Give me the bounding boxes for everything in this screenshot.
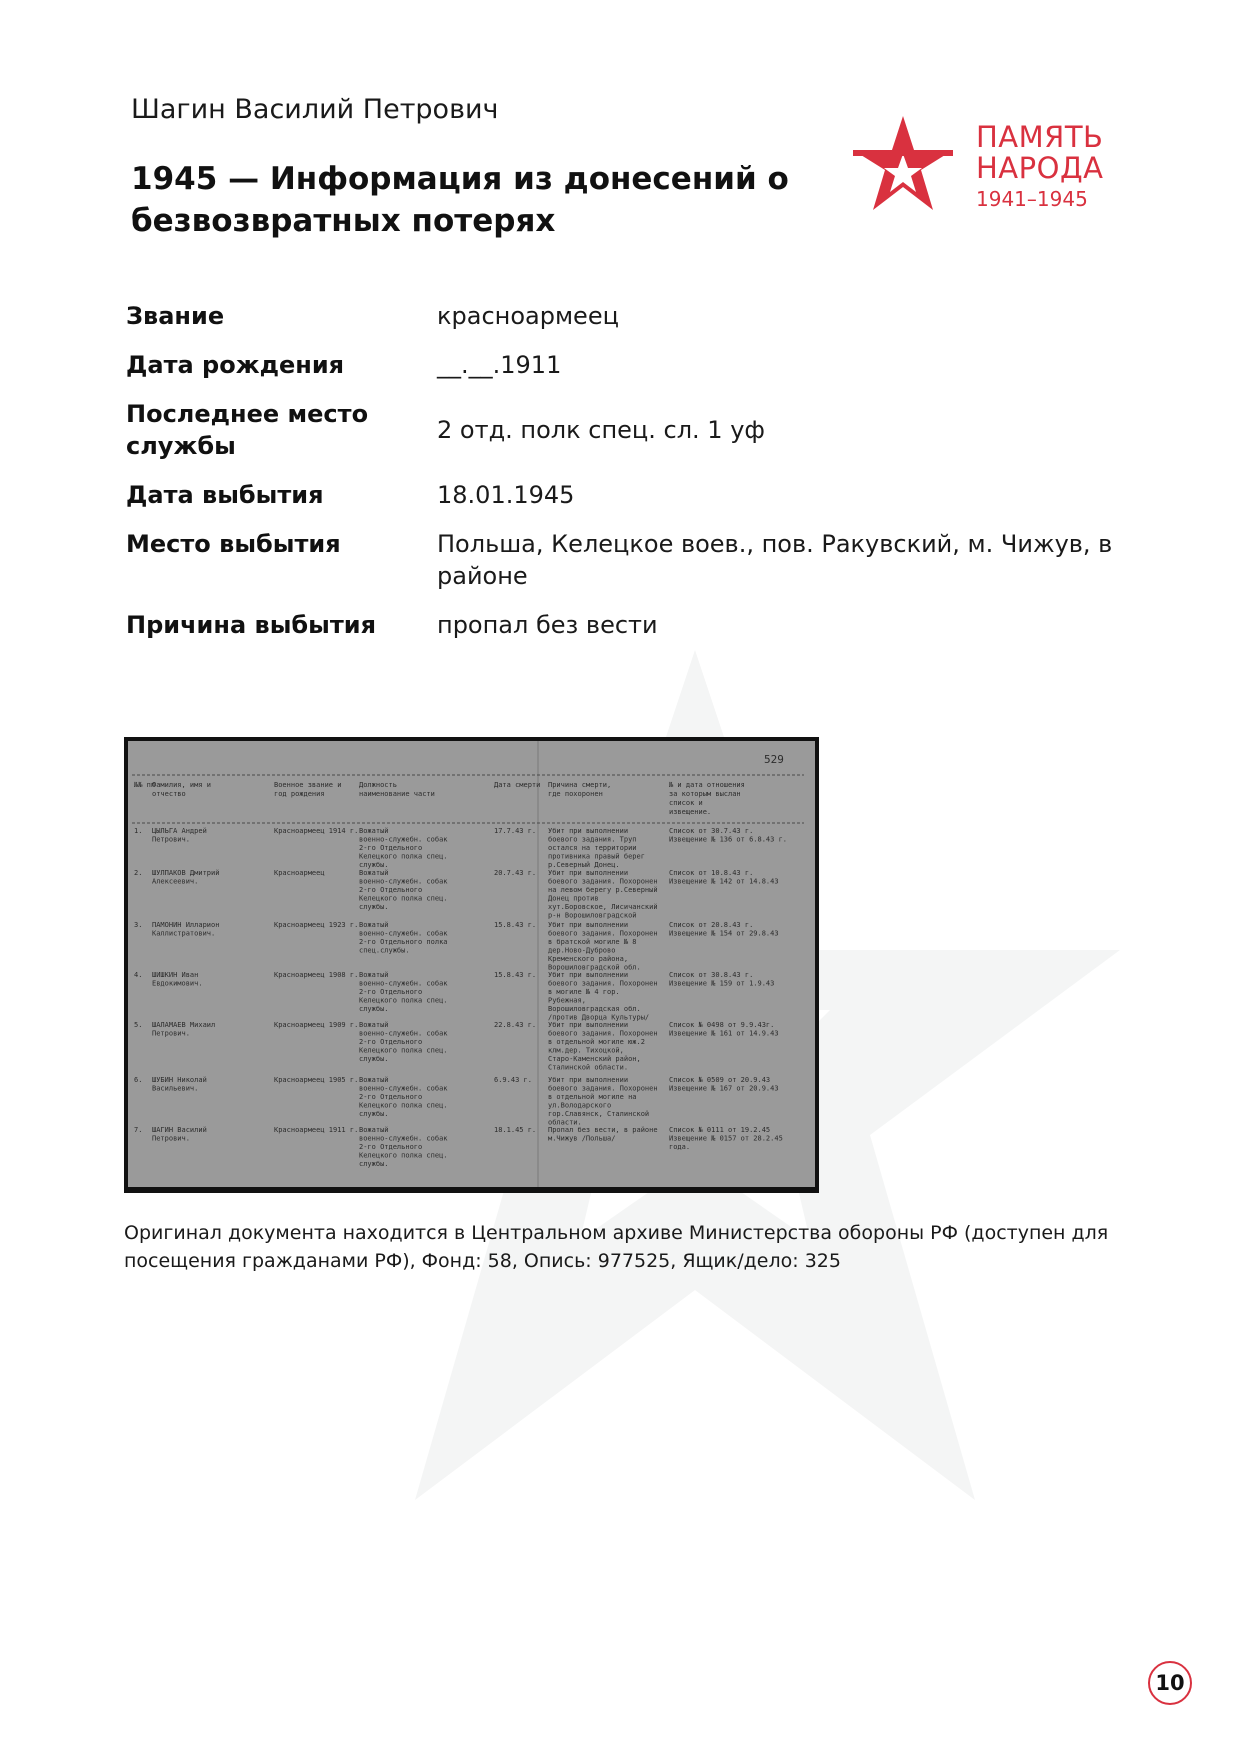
field-loss-place: Место выбытия Польша, Келецкое воев., по… (126, 528, 1116, 592)
svg-text:Список № 0498 от 9.9.43г.: Список № 0498 от 9.9.43г. (669, 1021, 774, 1029)
svg-text:Петрович.: Петрович. (152, 836, 190, 844)
svg-text:Фамилия, имя и: Фамилия, имя и (152, 781, 211, 789)
svg-text:службы.: службы. (359, 903, 389, 911)
svg-text:2-го Отдельного полка: 2-го Отдельного полка (359, 938, 448, 946)
svg-text:Вожатый: Вожатый (359, 1021, 389, 1029)
field-value: красноармеец (437, 300, 1116, 332)
svg-text:15.8.43 г.: 15.8.43 г. (494, 971, 536, 979)
svg-text:2.: 2. (134, 869, 142, 877)
field-label: Звание (126, 300, 437, 332)
svg-text:Список от 10.8.43 г.: Список от 10.8.43 г. (669, 869, 753, 877)
svg-text:Убит при выполнении: Убит при выполнении (548, 869, 628, 877)
svg-text:военно-служебн. собак: военно-служебн. собак (359, 930, 448, 938)
field-loss-date: Дата выбытия 18.01.1945 (126, 479, 1116, 511)
svg-text:Убит при выполнении: Убит при выполнении (548, 1021, 628, 1029)
svg-text:2-го Отдельного: 2-го Отдельного (359, 886, 422, 894)
svg-text:в отдельной могиле юж.2: в отдельной могиле юж.2 (548, 1038, 645, 1046)
svg-text:Убит при выполнении: Убит при выполнении (548, 1076, 628, 1084)
field-label: Дата выбытия (126, 479, 437, 511)
svg-text:Список от 30.8.43 г.: Список от 30.8.43 г. (669, 971, 753, 979)
svg-text:Келецкого полка спец.: Келецкого полка спец. (359, 895, 448, 903)
svg-text:р.Северный Донец.: р.Северный Донец. (548, 861, 620, 869)
svg-text:Келецкого полка спец.: Келецкого полка спец. (359, 853, 448, 861)
svg-text:1.: 1. (134, 827, 142, 835)
archive-document-scan[interactable]: 529№№ ппФамилия, имя иотчествоВоенное зв… (124, 737, 819, 1193)
svg-text:год рождения: год рождения (274, 790, 325, 798)
svg-text:Красноармеец 1908 г.: Красноармеец 1908 г. (274, 971, 358, 979)
svg-text:22.8.43 г.: 22.8.43 г. (494, 1021, 536, 1029)
field-label: Место выбытия (126, 528, 437, 560)
pamyat-naroda-logo: ПАМЯТЬ НАРОДА 1941–1945 (850, 112, 1130, 222)
svg-text:в отдельной могиле на: в отдельной могиле на (548, 1093, 637, 1101)
svg-text:ШИШКИН Иван: ШИШКИН Иван (152, 971, 198, 979)
svg-text:Список № 0509 от 20.9.43: Список № 0509 от 20.9.43 (669, 1076, 770, 1084)
svg-text:Петрович.: Петрович. (152, 1030, 190, 1038)
svg-text:Извещение № 142 от 14.8.43: Извещение № 142 от 14.8.43 (669, 878, 779, 886)
svg-text:военно-служебн. собак: военно-служебн. собак (359, 836, 448, 844)
svg-text:службы.: службы. (359, 1110, 389, 1118)
svg-text:Старо-Каменский район,: Старо-Каменский район, (548, 1055, 641, 1063)
svg-text:Извещение № 0157 от 28.2.45: Извещение № 0157 от 28.2.45 (669, 1135, 783, 1143)
svg-text:Извещение № 136 от 6.8.43 г.: Извещение № 136 от 6.8.43 г. (669, 836, 787, 844)
svg-text:службы.: службы. (359, 1005, 389, 1013)
svg-text:ПАМОНИН Илларион: ПАМОНИН Илларион (152, 921, 219, 929)
info-fields: Звание красноармеец Дата рождения __.__.… (126, 300, 1116, 658)
svg-text:Вожатый: Вожатый (359, 971, 389, 979)
field-birth-date: Дата рождения __.__.1911 (126, 349, 1116, 381)
svg-text:№ и дата отношения: № и дата отношения (668, 781, 745, 789)
field-label: Причина выбытия (126, 609, 437, 641)
svg-text:Вожатый: Вожатый (359, 1126, 389, 1134)
svg-text:военно-служебн. собак: военно-служебн. собак (359, 878, 448, 886)
svg-text:5.: 5. (134, 1021, 142, 1029)
svg-text:года.: года. (669, 1143, 690, 1151)
svg-text:Евдокимович.: Евдокимович. (152, 980, 203, 988)
svg-text:Каллистратович.: Каллистратович. (152, 930, 215, 938)
svg-text:отчество: отчество (152, 790, 186, 798)
svg-text:Причина смерти,: Причина смерти, (548, 781, 611, 789)
svg-text:м.Чижув /Польша/: м.Чижув /Польша/ (548, 1135, 615, 1143)
svg-text:6.9.43 г.: 6.9.43 г. (494, 1076, 532, 1084)
logo-years: 1941–1945 (976, 186, 1103, 212)
svg-text:список и: список и (669, 799, 703, 807)
svg-text:Извещение № 161 от 14.9.43: Извещение № 161 от 14.9.43 (669, 1030, 779, 1038)
svg-text:Красноармеец 1909 г.: Красноармеец 1909 г. (274, 1021, 358, 1029)
svg-text:военно-служебн. собак: военно-служебн. собак (359, 1085, 448, 1093)
svg-text:7.: 7. (134, 1126, 142, 1134)
page-number: 10 (1148, 1661, 1192, 1705)
svg-text:Вожатый: Вожатый (359, 921, 389, 929)
field-value: Польша, Келецкое воев., пов. Ракувский, … (437, 528, 1116, 592)
logo-line2: НАРОДА (976, 153, 1103, 184)
svg-text:боевого задания. Похоронен: боевого задания. Похоронен (548, 1085, 658, 1093)
svg-text:в братской могиле № 8: в братской могиле № 8 (548, 938, 637, 946)
svg-text:извещение.: извещение. (669, 808, 711, 816)
svg-text:2-го Отдельного: 2-го Отдельного (359, 1038, 422, 1046)
svg-text:529: 529 (764, 753, 784, 766)
field-label: Дата рождения (126, 349, 437, 381)
svg-text:службы.: службы. (359, 1055, 389, 1063)
svg-text:Красноармеец 1923 г.: Красноармеец 1923 г. (274, 921, 358, 929)
svg-text:боевого задания. Похоронен: боевого задания. Похоронен (548, 1030, 658, 1038)
svg-text:р-н Ворошиловградской: р-н Ворошиловградской (548, 912, 637, 920)
field-value: 18.01.1945 (437, 479, 1116, 511)
svg-text:Алексеевич.: Алексеевич. (152, 878, 198, 886)
svg-text:ул.Володарского: ул.Володарского (548, 1102, 611, 1110)
svg-text:Ворошиловградская обл.: Ворошиловградская обл. (548, 1005, 641, 1013)
svg-text:дер.Ново-Дуброво: дер.Ново-Дуброво (548, 947, 615, 955)
svg-text:боевого задания. Похоронен: боевого задания. Похоронен (548, 980, 658, 988)
svg-text:Дата смерти: Дата смерти (494, 781, 540, 789)
svg-text:ШУБИН Николай: ШУБИН Николай (152, 1076, 207, 1084)
svg-text:остался на территории: остался на территории (548, 844, 637, 852)
svg-text:Извещение № 167 от 20.9.43: Извещение № 167 от 20.9.43 (669, 1085, 779, 1093)
svg-text:службы.: службы. (359, 861, 389, 869)
svg-text:Васильевич.: Васильевич. (152, 1085, 198, 1093)
svg-text:2-го Отдельного: 2-го Отдельного (359, 1143, 422, 1151)
svg-text:Сталинской области.: Сталинской области. (548, 1064, 628, 1072)
svg-text:6.: 6. (134, 1076, 142, 1084)
svg-text:Пропал без вести, в районе: Пропал без вести, в районе (548, 1126, 658, 1134)
svg-text:Вожатый: Вожатый (359, 869, 389, 877)
svg-text:Кременского района,: Кременского района, (548, 955, 628, 963)
svg-text:17.7.43 г.: 17.7.43 г. (494, 827, 536, 835)
svg-text:Красноармеец 1914 г.: Красноармеец 1914 г. (274, 827, 358, 835)
svg-text:4.: 4. (134, 971, 142, 979)
field-label: Последнее место службы (126, 398, 437, 462)
field-value: 2 отд. полк спец. сл. 1 уф (437, 414, 1116, 446)
svg-text:Должность: Должность (359, 781, 397, 789)
svg-text:на левом берегу р.Северный: на левом берегу р.Северный (548, 886, 658, 894)
person-name: Шагин Василий Петрович (131, 94, 499, 125)
svg-text:Келецкого полка спец.: Келецкого полка спец. (359, 1152, 448, 1160)
field-last-service: Последнее место службы 2 отд. полк спец.… (126, 398, 1116, 462)
archive-caption: Оригинал документа находится в Центральн… (124, 1219, 1114, 1275)
svg-text:гор.Славянск, Сталинской: гор.Славянск, Сталинской (548, 1110, 649, 1118)
svg-text:клм.дер. Тихоцкой,: клм.дер. Тихоцкой, (548, 1047, 624, 1055)
svg-text:ШАЛАМАЕВ Михаил: ШАЛАМАЕВ Михаил (152, 1021, 215, 1029)
svg-text:Келецкого полка спец.: Келецкого полка спец. (359, 1102, 448, 1110)
svg-text:3.: 3. (134, 921, 142, 929)
svg-text:Список от 20.8.43 г.: Список от 20.8.43 г. (669, 921, 753, 929)
svg-text:боевого задания. Похоронен: боевого задания. Похоронен (548, 878, 658, 886)
svg-text:Красноармеец 1911 г.: Красноармеец 1911 г. (274, 1126, 358, 1134)
svg-text:хут.Боровское, Лисичанский: хут.Боровское, Лисичанский (548, 903, 658, 911)
svg-text:Красноармеец 1905 г.: Красноармеец 1905 г. (274, 1076, 358, 1084)
svg-text:спец.службы.: спец.службы. (359, 947, 410, 955)
svg-text:наименование части: наименование части (359, 790, 435, 798)
svg-text:Убит при выполнении: Убит при выполнении (548, 971, 628, 979)
red-star-icon (850, 112, 956, 218)
svg-text:военно-служебн. собак: военно-служебн. собак (359, 1135, 448, 1143)
svg-text:в могиле № 4 гор.: в могиле № 4 гор. (548, 988, 620, 996)
field-value: __.__.1911 (437, 349, 1116, 381)
svg-text:Убит при выполнении: Убит при выполнении (548, 921, 628, 929)
svg-text:15.8.43 г.: 15.8.43 г. (494, 921, 536, 929)
svg-text:Красноармеец: Красноармеец (274, 869, 325, 877)
svg-text:Рубежная,: Рубежная, (548, 997, 586, 1005)
field-value: пропал без вести (437, 609, 1116, 641)
svg-text:Извещение № 159 от 1.9.43: Извещение № 159 от 1.9.43 (669, 980, 774, 988)
svg-text:Вожатый: Вожатый (359, 1076, 389, 1084)
svg-text:ШУЛПАКОВ Дмитрий: ШУЛПАКОВ Дмитрий (152, 869, 219, 877)
svg-text:службы.: службы. (359, 1160, 389, 1168)
field-loss-reason: Причина выбытия пропал без вести (126, 609, 1116, 641)
document-title: 1945 — Информация из донесений о безвозв… (131, 158, 831, 242)
svg-text:противника правый берег: противника правый берег (548, 853, 645, 861)
svg-text:Убит при выполнении: Убит при выполнении (548, 827, 628, 835)
svg-text:военно-служебн. собак: военно-служебн. собак (359, 1030, 448, 1038)
svg-text:ШАГИН Василий: ШАГИН Василий (152, 1126, 207, 1134)
svg-text:боевого задания. Труп: боевого задания. Труп (548, 836, 637, 844)
field-rank: Звание красноармеец (126, 300, 1116, 332)
svg-text:Список № 0111 от 19.2.45: Список № 0111 от 19.2.45 (669, 1126, 770, 1134)
svg-text:ЦЫЛЬГА Андрей: ЦЫЛЬГА Андрей (152, 827, 207, 835)
svg-text:2-го Отдельного: 2-го Отдельного (359, 1093, 422, 1101)
svg-text:боевого задания. Похоронен: боевого задания. Похоронен (548, 930, 658, 938)
svg-text:Келецкого полка спец.: Келецкого полка спец. (359, 997, 448, 1005)
svg-text:Список от 30.7.43 г.: Список от 30.7.43 г. (669, 827, 753, 835)
logo-line1: ПАМЯТЬ (976, 122, 1103, 153)
svg-text:за которым выслан: за которым выслан (669, 790, 741, 798)
svg-text:2-го Отдельного: 2-го Отдельного (359, 844, 422, 852)
svg-text:Донец против: Донец против (548, 895, 599, 903)
svg-text:военно-служебн. собак: военно-служебн. собак (359, 980, 448, 988)
scan-image: 529№№ ппФамилия, имя иотчествоВоенное зв… (124, 737, 819, 1193)
svg-text:где похоронен: где похоронен (548, 790, 603, 798)
svg-text:18.1.45 г.: 18.1.45 г. (494, 1126, 536, 1134)
svg-text:Петрович.: Петрович. (152, 1135, 190, 1143)
svg-text:Извещение № 154 от 29.8.43: Извещение № 154 от 29.8.43 (669, 930, 779, 938)
svg-text:Военное звание и: Военное звание и (274, 781, 341, 789)
svg-text:20.7.43 г.: 20.7.43 г. (494, 869, 536, 877)
svg-text:2-го Отдельного: 2-го Отдельного (359, 988, 422, 996)
svg-text:Келецкого полка спец.: Келецкого полка спец. (359, 1047, 448, 1055)
svg-text:Вожатый: Вожатый (359, 827, 389, 835)
